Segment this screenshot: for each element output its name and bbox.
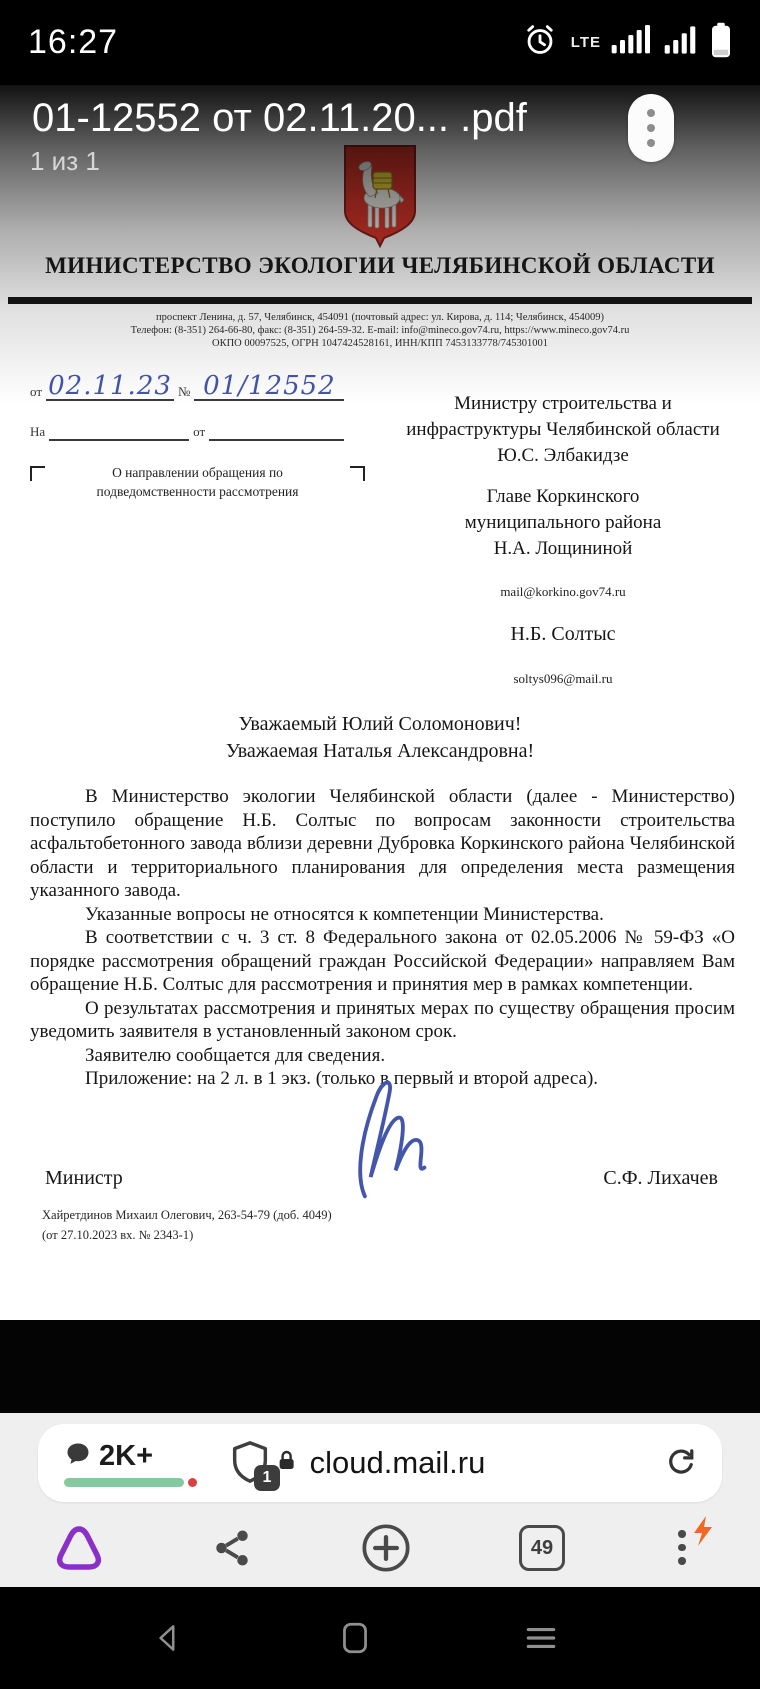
recipient-line: Главе Коркинского: [388, 484, 738, 510]
url-field[interactable]: cloud.mail.ru: [275, 1424, 486, 1502]
recents-button[interactable]: [522, 1619, 560, 1657]
reply-from-label: от: [193, 424, 205, 441]
protect-shield-button[interactable]: 1: [227, 1438, 273, 1488]
address-line: Телефон: (8-351) 264-66-80, факс: (8-351…: [30, 324, 730, 337]
letter-body: В Министерство экологии Челябинской обла…: [30, 785, 735, 1091]
recipient-email: soltys096@mail.ru: [388, 671, 738, 687]
rating-bar-negative: [188, 1478, 197, 1487]
address-line: ОКПО 00097525, ОГРН 1047424528161, ИНН/К…: [30, 337, 730, 350]
outgoing-ref-row: от 02.11.23 № 01/12552: [30, 355, 365, 401]
ministry-title: МИНИСТЕРСТВО ЭКОЛОГИИ ЧЕЛЯБИНСКОЙ ОБЛАСТ…: [0, 253, 760, 279]
paragraph: В соответствии с ч. 3 ст. 8 Федерального…: [30, 926, 735, 997]
handwritten-date: 02.11.23: [48, 371, 172, 401]
reply-label: На: [30, 424, 45, 441]
from-label: от: [30, 384, 42, 401]
handwritten-number: 01/12552: [203, 371, 336, 401]
letterbox-bar: [0, 1320, 760, 1413]
clock: 16:27: [28, 23, 118, 62]
paragraph: О результатах рассмотрения и принятых ме…: [30, 997, 735, 1044]
corner-mark-right: [350, 466, 365, 481]
recipient-line: Ю.С. Элбакидзе: [388, 443, 738, 469]
recipient-line: муниципального района: [388, 510, 738, 536]
kebab-menu-icon: [678, 1530, 686, 1565]
blank-line: [49, 423, 189, 441]
phone-screen: 16:27 LTE: [0, 0, 760, 1689]
url-text: cloud.mail.ru: [310, 1445, 486, 1481]
subject-line: О направлении обращения по: [97, 463, 299, 482]
executor-line: (от 27.10.2023 вх. № 2343-1): [42, 1225, 332, 1245]
salutation-line: Уважаемый Юлий Соломонович!: [0, 711, 760, 738]
paragraph: Указанные вопросы не относятся к компете…: [30, 903, 735, 927]
comment-bubble-icon: [64, 1440, 92, 1473]
number-sign: №: [178, 384, 190, 401]
paragraph: В Министерство экологии Челябинской обла…: [30, 785, 735, 903]
recipient-line: Министру строительства и: [388, 391, 738, 417]
recipients-block: Министру строительства и инфраструктуры …: [388, 391, 738, 687]
subject-text: О направлении обращения по подведомствен…: [97, 463, 299, 501]
number-line: 01/12552: [194, 373, 344, 401]
letterhead-address: проспект Ленина, д. 57, Челябинск, 45409…: [30, 311, 730, 350]
pdf-page[interactable]: МИНИСТЕРСТВО ЭКОЛОГИИ ЧЕЛЯБИНСКОЙ ОБЛАСТ…: [0, 85, 760, 1320]
status-bar: 16:27 LTE: [0, 0, 760, 85]
lightning-icon: [692, 1516, 714, 1551]
comments-count: 2K+: [99, 1440, 153, 1473]
handwritten-signature: [338, 1057, 434, 1207]
reply-ref-row: На от: [30, 407, 365, 441]
share-button[interactable]: [211, 1527, 253, 1569]
browser-chrome: 2K+ 1 cloud.: [0, 1413, 760, 1587]
recipient-line: инфраструктуры Челябинской области: [388, 417, 738, 443]
home-button[interactable]: [336, 1619, 374, 1657]
alarm-icon: [522, 22, 558, 63]
back-button[interactable]: [150, 1619, 188, 1657]
status-icons: LTE: [522, 22, 732, 63]
executor-line: Хайретдинов Михаил Олегович, 263-54-79 (…: [42, 1205, 332, 1225]
recipient-line: Н.А. Лощининой: [388, 536, 738, 562]
browser-toolbar: 49: [0, 1509, 760, 1587]
recipient-2: Главе Коркинского муниципального района …: [388, 484, 738, 562]
comments-button[interactable]: 2K+: [64, 1440, 197, 1487]
blank-line: [209, 423, 344, 441]
recipient-1: Министру строительства и инфраструктуры …: [388, 391, 738, 469]
chelyabinsk-coat-of-arms: [340, 143, 420, 249]
reference-block: от 02.11.23 № 01/12552 На от О направлен…: [30, 355, 365, 501]
network-type-label: LTE: [571, 34, 601, 51]
divider: [8, 297, 752, 304]
tabs-button[interactable]: 49: [519, 1525, 565, 1571]
address-bar[interactable]: 2K+ 1 cloud.: [38, 1424, 722, 1502]
salutation: Уважаемый Юлий Соломонович! Уважаемая На…: [0, 711, 760, 765]
new-tab-button[interactable]: [360, 1522, 412, 1574]
signal-bars-icon-1: [610, 23, 650, 62]
rating-bar-positive: [64, 1478, 184, 1487]
subject-line: подведомственности рассмотрения: [97, 482, 299, 501]
date-line: 02.11.23: [46, 373, 174, 401]
rating-bar: [64, 1478, 197, 1487]
recipient-email: mail@korkino.gov74.ru: [388, 584, 738, 600]
more-options-button[interactable]: [628, 94, 674, 162]
signer-position: Министр: [45, 1167, 123, 1190]
executor-note: Хайретдинов Михаил Олегович, 263-54-79 (…: [42, 1205, 332, 1245]
recipient-3: Н.Б. Солтыс: [388, 623, 738, 646]
salutation-line: Уважаемая Наталья Александровна!: [0, 738, 760, 765]
signer-name: С.Ф. Лихачев: [603, 1167, 718, 1190]
reload-button[interactable]: [664, 1446, 698, 1480]
battery-icon: [710, 22, 732, 63]
browser-menu-button[interactable]: [672, 1526, 706, 1570]
corner-mark-left: [30, 466, 45, 481]
page-indicator: 1 из 1: [30, 146, 100, 177]
alice-assistant-button[interactable]: [54, 1524, 104, 1572]
subject-block: О направлении обращения по подведомствен…: [30, 463, 365, 501]
document-title: 01-12552 от 02.11.20... .pdf: [32, 96, 527, 141]
lock-icon: [275, 1448, 299, 1479]
android-nav-bar: [0, 1587, 760, 1689]
address-line: проспект Ленина, д. 57, Челябинск, 45409…: [30, 311, 730, 324]
signal-bars-icon-2: [663, 23, 697, 62]
